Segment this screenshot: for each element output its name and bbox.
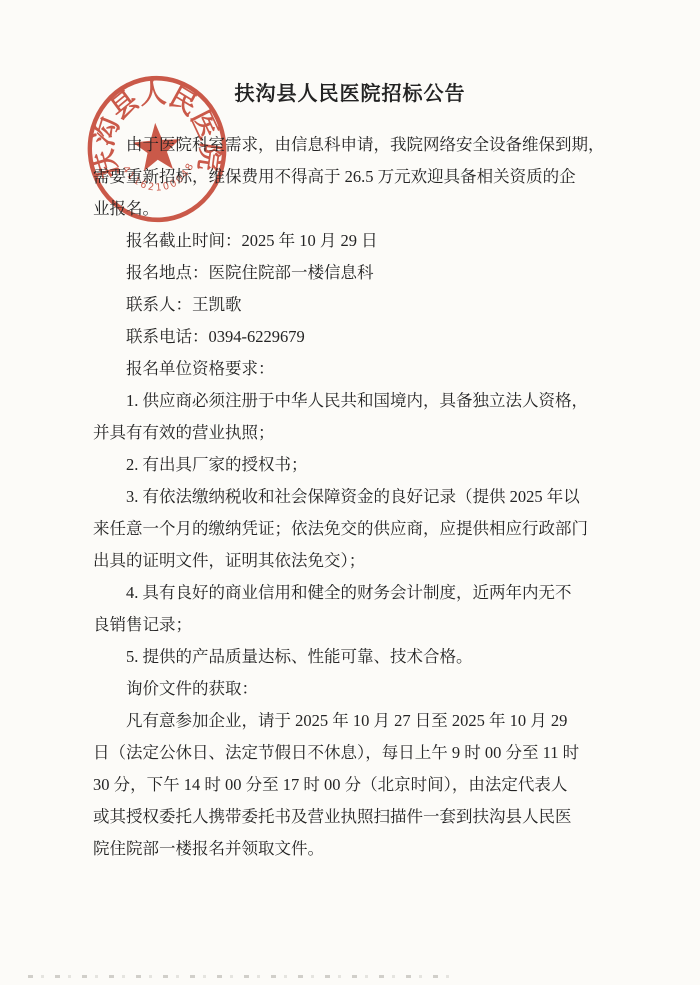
intro-paragraph: 由于医院科室需求，由信息科申请，我院网络安全设备维保到期， 需要重新招标，维保费… [93, 129, 638, 225]
location-line: 报名地点：医院住院部一楼信息科 [93, 257, 638, 289]
document-page: 扶 沟 县 人 民 医 院 41162100048 扶沟县人民医院招标公告 由于… [0, 0, 700, 985]
contact-person-line: 联系人：王凯歌 [93, 289, 638, 321]
qualification-item-4: 4. 具有良好的商业信用和健全的财务会计制度，近两年内无不 良销售记录； [93, 577, 638, 641]
document-body: 由于医院科室需求，由信息科申请，我院网络安全设备维保到期， 需要重新招标，维保费… [93, 129, 638, 865]
qualification-item-2: 2. 有出具厂家的授权书； [93, 449, 638, 481]
registration-instructions-paragraph: 凡有意参加企业，请于 2025 年 10 月 27 日至 2025 年 10 月… [93, 705, 638, 865]
contact-phone-line: 联系电话：0394-6229679 [93, 321, 638, 353]
qualification-item-5: 5. 提供的产品质量达标、性能可靠、技术合格。 [93, 641, 638, 673]
page-title: 扶沟县人民医院招标公告 [0, 80, 700, 108]
qualification-item-3: 3. 有依法缴纳税收和社会保障资金的良好记录（提供 2025 年以 来任意一个月… [93, 481, 638, 577]
qualification-item-1: 1. 供应商必须注册于中华人民共和国境内，具备独立法人资格， 并具有有效的营业执… [93, 385, 638, 449]
qualification-heading: 报名单位资格要求： [93, 353, 638, 385]
deadline-line: 报名截止时间：2025 年 10 月 29 日 [93, 225, 638, 257]
document-acquisition-heading: 询价文件的获取： [93, 673, 638, 705]
scanner-artifact-line [28, 975, 458, 978]
